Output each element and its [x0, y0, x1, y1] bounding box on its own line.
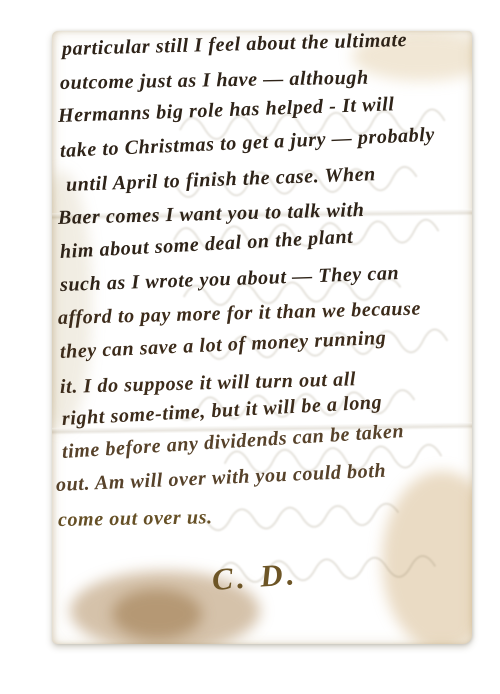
scan-background: particular still I feel about the ultima…	[0, 0, 500, 694]
letter-line: outcome just as I have — although	[60, 67, 369, 95]
letter-line: come out over us.	[58, 506, 213, 532]
letter-line: afford to pay more for it than we becaus…	[58, 297, 422, 329]
signature-initials: C. D.	[211, 556, 300, 598]
letter-line: such as I wrote you about — They can	[60, 262, 400, 297]
letter-paper: particular still I feel about the ultima…	[52, 31, 472, 644]
letter-line: him about some deal on the plant	[59, 226, 353, 264]
stain-blotch	[112, 589, 202, 639]
letter-line: Baer comes I want you to talk with	[58, 199, 365, 230]
letter-line: they can save a lot of money running	[59, 327, 386, 364]
letter-line: until April to finish the case. When	[66, 163, 377, 197]
letter-line: take to Christmas to get a jury — probab…	[59, 124, 435, 163]
letter-line: Hermanns big role has helped - It will	[58, 93, 395, 128]
letter-line: particular still I feel about the ultima…	[62, 31, 408, 61]
letter-line: out. Am will over with you could both	[55, 460, 386, 497]
stain-blotch	[382, 471, 472, 644]
